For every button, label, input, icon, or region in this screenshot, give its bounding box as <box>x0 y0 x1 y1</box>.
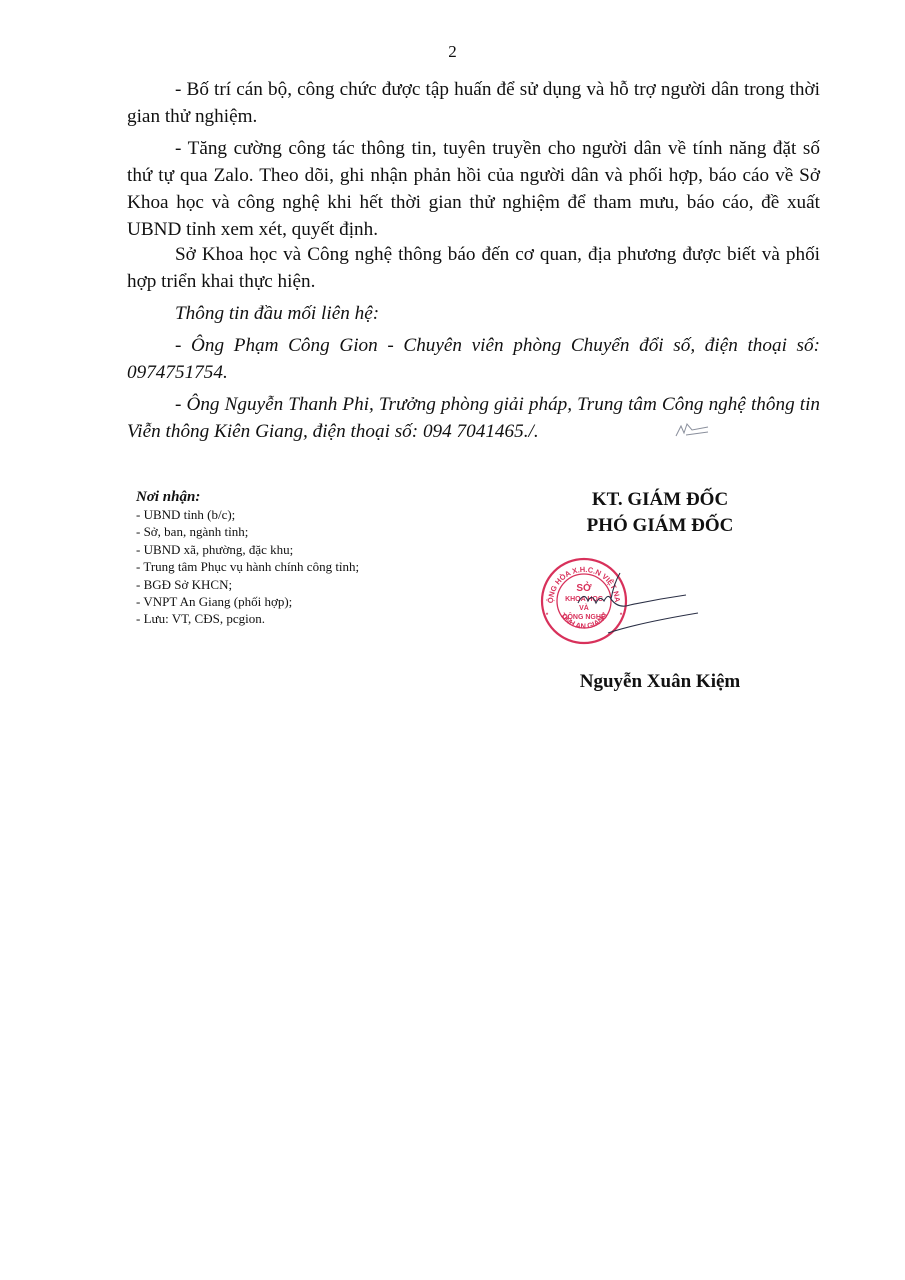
recipient-item: - Lưu: VT, CĐS, pcgion. <box>136 610 359 627</box>
recipients-title: Nơi nhận: <box>136 488 359 506</box>
signatory-title-line2: PHÓ GIÁM ĐỐC <box>540 513 780 539</box>
initial-mark-icon <box>672 418 712 440</box>
official-seal-icon: CỘNG HÒA X.H.C.N VIỆT NAM TỈNH AN GIANG … <box>538 553 718 653</box>
contact-gion: - Ông Phạm Công Gion - Chuyên viên phòng… <box>127 332 820 386</box>
contact-phi: - Ông Nguyễn Thanh Phi, Trưởng phòng giả… <box>127 391 820 445</box>
svg-text:CÔNG NGHỆ: CÔNG NGHỆ <box>562 612 606 621</box>
recipients-block: Nơi nhận: - UBND tỉnh (b/c); - Sở, ban, … <box>136 488 359 628</box>
svg-text:VÀ: VÀ <box>579 603 589 612</box>
contact-heading: Thông tin đầu mối liên hệ: <box>127 300 820 327</box>
svg-text:*: * <box>546 613 549 619</box>
recipient-item: - Sở, ban, ngành tỉnh; <box>136 523 359 540</box>
recipient-item: - UBND tỉnh (b/c); <box>136 506 359 523</box>
svg-text:KHOA HỌC: KHOA HỌC <box>565 596 603 603</box>
signatory-title-line1: KT. GIÁM ĐỐC <box>540 487 780 513</box>
paragraph-notice: Sở Khoa học và Công nghệ thông báo đến c… <box>127 241 820 295</box>
recipient-item: - VNPT An Giang (phối hợp); <box>136 593 359 610</box>
paragraph-communication: - Tăng cường công tác thông tin, tuyên t… <box>127 135 820 243</box>
signatory-title: KT. GIÁM ĐỐC PHÓ GIÁM ĐỐC <box>540 487 780 539</box>
recipient-item: - BGĐ Sở KHCN; <box>136 576 359 593</box>
recipient-item: - Trung tâm Phục vụ hành chính công tỉnh… <box>136 558 359 575</box>
page-number: 2 <box>0 42 905 62</box>
recipient-item: - UBND xã, phường, đặc khu; <box>136 541 359 558</box>
signatory-name: Nguyễn Xuân Kiệm <box>540 671 780 693</box>
paragraph-training: - Bố trí cán bộ, công chức được tập huấn… <box>127 76 820 130</box>
svg-text:SỞ: SỞ <box>576 581 592 594</box>
